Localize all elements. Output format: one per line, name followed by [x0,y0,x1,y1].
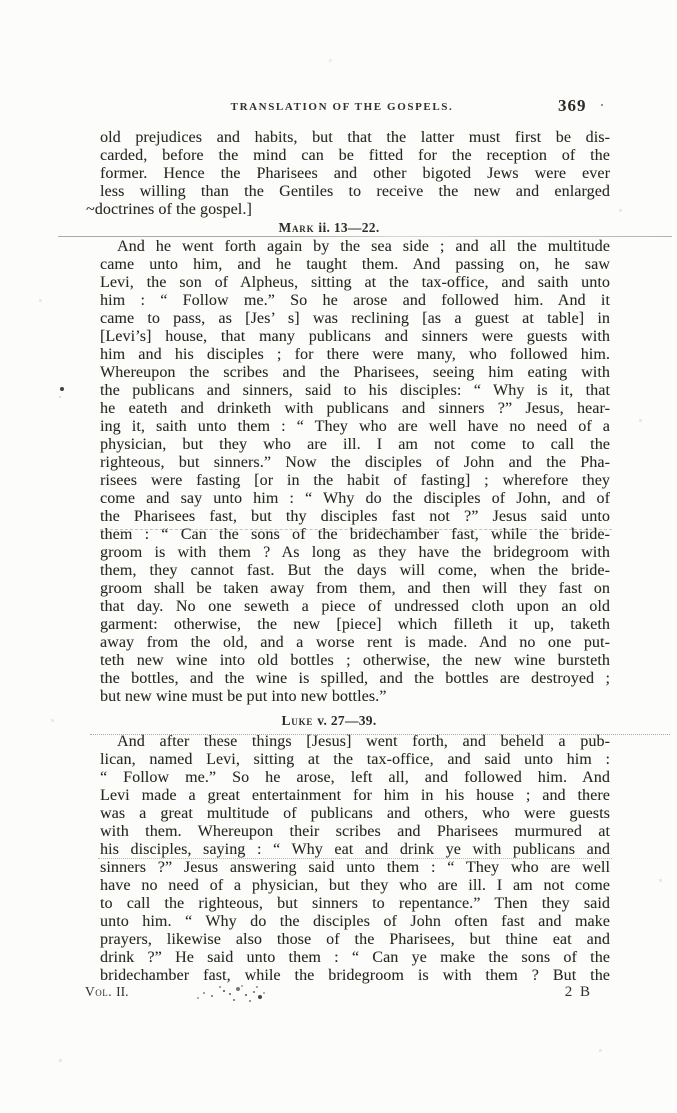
text-line: was a great multitude of publicans and o… [100,805,610,823]
text-line: “ Follow me.” So he arose, left all, and… [100,769,610,787]
mark-paragraph: And he went forth again by the sea side … [100,238,610,706]
text-line: ~doctrines of the gospel.] [100,201,610,219]
text-line: carded, before the mind can be fitted fo… [100,147,610,165]
text-line: Levi made a great entertainment for him … [100,787,610,805]
volume-numeral: II. [116,984,128,999]
heading-book-name: Mark [278,220,314,235]
volume-word: Vol. [85,984,112,999]
signature-mark: 2 B [565,984,592,1001]
text-line: have no need of a physician, but they wh… [100,877,610,895]
text-line: lican, named Levi, sitting at the tax-of… [100,751,610,769]
text-line: groom is with them ? As long as they hav… [100,544,610,562]
text-line: Levi, the son of Alpheus, sitting at the… [100,274,610,292]
text-line: physician, but they who are ill. I am no… [100,436,610,454]
running-head: TRANSLATION OF THE GOSPELS. 369 [100,99,610,119]
text-line: garment: otherwise, the new [piece] whic… [100,616,610,634]
text-line: the publicans and sinners, said to his d… [100,382,610,400]
text-line: teth new wine into old bottles ; otherwi… [100,652,610,670]
running-title: TRANSLATION OF THE GOSPELS. [100,101,610,113]
text-line: he eateth and drinketh with publicans an… [100,400,610,418]
text-line: them, they cannot fast. But the days wil… [100,562,610,580]
text-line: away from the old, and a worse rent is m… [100,634,610,652]
page-footer: Vol.II. 2 B [85,984,592,1001]
text-line: came to pass, as [Jes’ s] was reclining … [100,310,610,328]
text-line: risees were fasting [or in the habit of … [100,472,610,490]
text-line: old prejudices and habits, but that the … [100,129,610,147]
volume-label: Vol.II. [85,984,129,1000]
intro-paragraph: old prejudices and habits, but that the … [100,129,610,219]
scan-rule-artifact [58,236,672,237]
text-line: came unto him, and he taught them. And p… [100,256,610,274]
text-line: come and say unto him : “ Why do the dis… [100,490,610,508]
heading-reference: ii. 13—22. [318,220,379,235]
text-line: prayers, likewise also those of the Phar… [100,931,610,949]
paper-noise [0,0,1,1]
text-line: Whereupon the scribes and the Pharisees,… [100,364,610,382]
text-line: that day. No one seweth a piece of undre… [100,598,610,616]
section-heading-luke: Lukev. 27—39. [100,713,610,729]
section-heading-mark: Markii. 13—22. [100,220,610,236]
text-line: him : “ Follow me.” So he arose and foll… [100,292,610,310]
text-line: unto him. “ Why do the disciples of John… [100,913,610,931]
text-line: him and his disciples ; for there were m… [100,346,610,364]
text-line: drink ?” He said unto them : “ Can ye ma… [100,949,610,967]
page-number: 369 [558,96,618,116]
text-line: his disciples, saying : “ Why eat and dr… [100,841,610,859]
ink-speck [60,387,64,391]
text-line: but new wine must be put into new bottle… [100,688,610,706]
scanned-book-page: TRANSLATION OF THE GOSPELS. 369 old prej… [0,0,677,1113]
text-line: former. Hence the Pharisees and other bi… [100,165,610,183]
text-line: with them. Whereupon their scribes and P… [100,823,610,841]
text-line: them : “ Can the sons of the bridechambe… [100,526,610,544]
text-line: [Levi’s] house, that many publicans and … [100,328,610,346]
text-line: groom shall be taken away from them, and… [100,580,610,598]
text-line: less willing than the Gentiles to receiv… [100,183,610,201]
text-line: the Pharisees fast, but thy disciples fa… [100,508,610,526]
luke-paragraph: And after these things [Jesus] went fort… [100,733,610,985]
heading-book-name: Luke [281,713,313,728]
text-line: to call the righteous, but sinners to re… [100,895,610,913]
heading-reference: v. 27—39. [317,713,376,728]
text-line: And after these things [Jesus] went fort… [100,733,610,751]
text-line: ing it, saith unto them : “ They who are… [100,418,610,436]
text-line: bridechamber fast, while the bridegroom … [100,967,610,985]
text-line: And he went forth again by the sea side … [100,238,610,256]
text-line: righteous, but sinners.” Now the discipl… [100,454,610,472]
text-line: the bottles, and the wine is spilled, an… [100,670,610,688]
text-line: sinners ?” Jesus answering said unto the… [100,859,610,877]
